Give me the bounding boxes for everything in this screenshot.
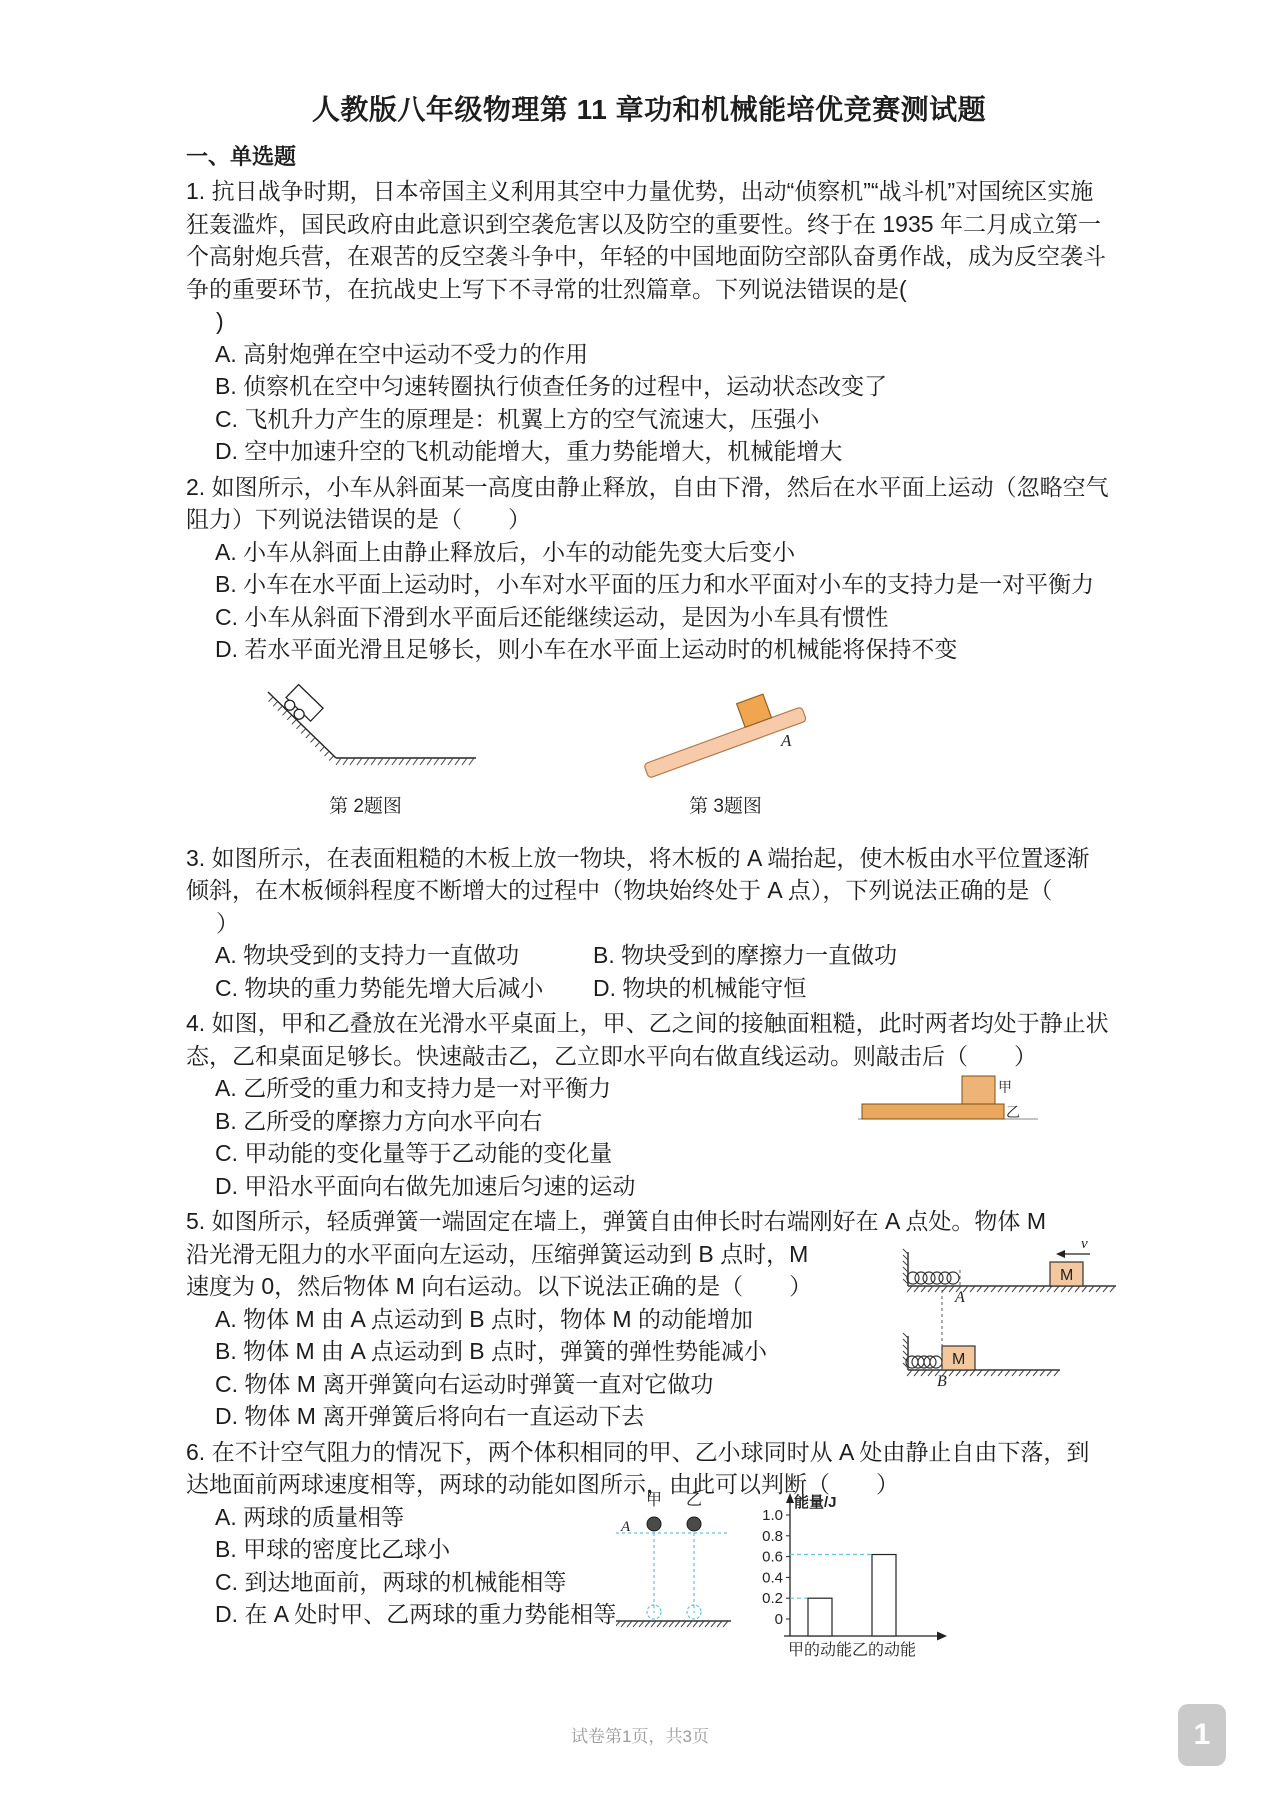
category-label: 甲的动能 xyxy=(788,1641,852,1659)
category-label: 乙的动能 xyxy=(852,1641,916,1659)
block-m-label: M xyxy=(952,1351,965,1368)
kinetic-energy-bar-chart: 能量/J00.20.40.60.81.0甲的动能乙的动能 xyxy=(746,1491,951,1663)
hatch-lines xyxy=(907,1370,1059,1376)
incline-cart-diagram xyxy=(248,680,483,792)
hatching xyxy=(907,1286,1115,1292)
label-jia: 甲 xyxy=(998,1079,1012,1095)
hatch-lines xyxy=(616,1621,728,1627)
spring-natural xyxy=(907,1272,959,1284)
option-d: D. 甲沿水平面向右做先加速后匀速的运动 xyxy=(186,1170,1112,1203)
point-a-label: A xyxy=(780,731,792,750)
hatching xyxy=(907,1370,1059,1376)
bar xyxy=(808,1598,832,1636)
y-axis-label: 能量/J xyxy=(794,1493,837,1511)
hatching xyxy=(616,1621,728,1627)
option-d: D. 物块的机械能守恒 xyxy=(593,972,1112,1005)
block-m-label: M xyxy=(1060,1267,1073,1284)
option-c: C. 甲动能的变化量等于乙动能的变化量 xyxy=(186,1137,1112,1170)
option-c: C. 小车从斜面下滑到水平面后还能继续运动，是因为小车具有惯性 xyxy=(186,601,1112,634)
y-tick-label: 0.4 xyxy=(762,1569,783,1586)
y-tick-label: 0.6 xyxy=(762,1548,783,1565)
option-d: D. 物体 M 离开弹簧后将向右一直运动下去 xyxy=(186,1400,1112,1433)
figure-q6: 甲 乙 A 能量/J00.20.40.60.81.0甲的动能乙的动能 xyxy=(616,1491,951,1663)
question-6: 6. 在不计空气阻力的情况下，两个体积相同的甲、乙小球同时从 A 处由静止自由下… xyxy=(186,1436,1112,1678)
spring-block-diagram: A M v M xyxy=(898,1235,1123,1393)
paper-content: 人教版八年级物理第 11 章功和机械能培优竞赛测试题 一、单选题 1. 抗日战争… xyxy=(186,88,1112,1678)
velocity-label: v xyxy=(1081,1236,1088,1252)
y-axis-arrow xyxy=(786,1493,794,1503)
option-a: A. 高射炮弹在空中运动不受力的作用 xyxy=(186,338,1112,371)
bar xyxy=(872,1554,896,1635)
point-a-label: A xyxy=(954,1289,965,1306)
exam-paper-page: 人教版八年级物理第 11 章功和机械能培优竞赛测试题 一、单选题 1. 抗日战争… xyxy=(0,0,1280,1809)
question-stem: 5. 如图所示，轻质弹簧一端固定在墙上，弹簧自由伸长时右端刚好在 A 点处。物体… xyxy=(186,1205,1112,1238)
y-tick-label: 0 xyxy=(775,1611,783,1628)
hatch-lines xyxy=(336,758,474,765)
hatch-lines xyxy=(907,1286,1115,1292)
block-jia xyxy=(962,1076,995,1104)
option-b: B. 物块受到的摩擦力一直做功 xyxy=(593,939,1112,972)
ball-jia xyxy=(647,1517,661,1531)
option-b: B. 侦察机在空中匀速转圈执行侦查任务的过程中，运动状态改变了 xyxy=(186,370,1112,403)
hatching xyxy=(336,758,474,765)
tilted-board-diagram: A xyxy=(633,680,818,792)
question-4: 4. 如图，甲和乙叠放在光滑水平桌面上，甲、乙之间的接触面粗糙，此时两者均处于静… xyxy=(186,1007,1112,1202)
footer-page-info: 试卷第1页，共3页 xyxy=(0,1722,1280,1747)
figure-row: 第 2题图 A 第 3题图 xyxy=(248,680,1112,818)
x-axis-arrow xyxy=(937,1631,947,1640)
y-tick-label: 0.2 xyxy=(762,1590,783,1607)
question-3: 3. 如图所示，在表面粗糙的木板上放一物块，将木板的 A 端抬起，使木板由水平位… xyxy=(186,842,1112,1005)
ball-yi xyxy=(687,1517,701,1531)
figure-q4: 甲 乙 xyxy=(858,1071,1043,1138)
option-grid: A. 物块受到的支持力一直做功 B. 物块受到的摩擦力一直做功 C. 物块的重力… xyxy=(186,939,1112,1004)
label-jia: 甲 xyxy=(646,1491,662,1509)
question-1: 1. 抗日战争时期，日本帝国主义利用其空中力量优势，出动“侦察机”“战斗机”对国… xyxy=(186,175,1112,468)
figure-q3: A 第 3题图 xyxy=(633,680,818,818)
page-title: 人教版八年级物理第 11 章功和机械能培优竞赛测试题 xyxy=(186,88,1112,128)
point-b-label: B xyxy=(937,1373,947,1390)
question-5: 5. 如图所示，轻质弹簧一端固定在墙上，弹簧自由伸长时右端刚好在 A 点处。物体… xyxy=(186,1205,1112,1433)
y-tick-label: 1.0 xyxy=(762,1507,783,1524)
option-c: C. 飞机升力产生的原理是：机翼上方的空气流速大，压强小 xyxy=(186,403,1112,436)
option-a: A. 小车从斜面上由静止释放后，小车的动能先变大后变小 xyxy=(186,536,1112,569)
question-stem-continuation: ) xyxy=(186,305,1112,338)
option-a: A. 物块受到的支持力一直做功 xyxy=(215,939,593,972)
page-number-badge: 1 xyxy=(1178,1704,1226,1766)
falling-balls-diagram: 甲 乙 A xyxy=(616,1491,736,1641)
question-stem: 3. 如图所示，在表面粗糙的木板上放一物块，将木板的 A 端抬起，使木板由水平位… xyxy=(186,842,1112,907)
question-stem-continuation: ） xyxy=(186,907,1112,940)
question-stem: 4. 如图，甲和乙叠放在光滑水平桌面上，甲、乙之间的接触面粗糙，此时两者均处于静… xyxy=(186,1007,1112,1072)
velocity-arrowhead xyxy=(1056,1250,1065,1258)
cart xyxy=(281,684,324,726)
section-heading: 一、单选题 xyxy=(186,140,1112,171)
figure-q2: 第 2题图 xyxy=(248,680,483,818)
block-yi xyxy=(862,1104,1004,1119)
option-d: D. 若水平面光滑且足够长，则小车在水平面上运动时的机械能将保持不变 xyxy=(186,633,1112,666)
question-2: 2. 如图所示，小车从斜面某一高度由静止释放，自由下滑，然后在水平面上运动（忽略… xyxy=(186,471,1112,666)
label-yi: 乙 xyxy=(686,1492,702,1509)
label-yi: 乙 xyxy=(1006,1104,1020,1120)
question-stem: 1. 抗日战争时期，日本帝国主义利用其空中力量优势，出动“侦察机”“战斗机”对国… xyxy=(186,175,1112,305)
figure-caption: 第 2题图 xyxy=(329,796,402,818)
option-b: B. 小车在水平面上运动时，小车对水平面的压力和水平面对小车的支持力是一对平衡力 xyxy=(186,568,1112,601)
stacked-blocks-diagram: 甲 乙 xyxy=(858,1071,1043,1129)
option-d: D. 空中加速升空的飞机动能增大，重力势能增大，机械能增大 xyxy=(186,435,1112,468)
option-c: C. 物块的重力势能先增大后减小 xyxy=(215,972,593,1005)
question-stem: 2. 如图所示，小车从斜面某一高度由静止释放，自由下滑，然后在水平面上运动（忽略… xyxy=(186,471,1112,536)
figure-q5: A M v M xyxy=(898,1235,1123,1402)
spring-compressed xyxy=(906,1356,942,1368)
y-tick-label: 0.8 xyxy=(762,1527,783,1544)
figure-caption: 第 3题图 xyxy=(689,796,762,818)
